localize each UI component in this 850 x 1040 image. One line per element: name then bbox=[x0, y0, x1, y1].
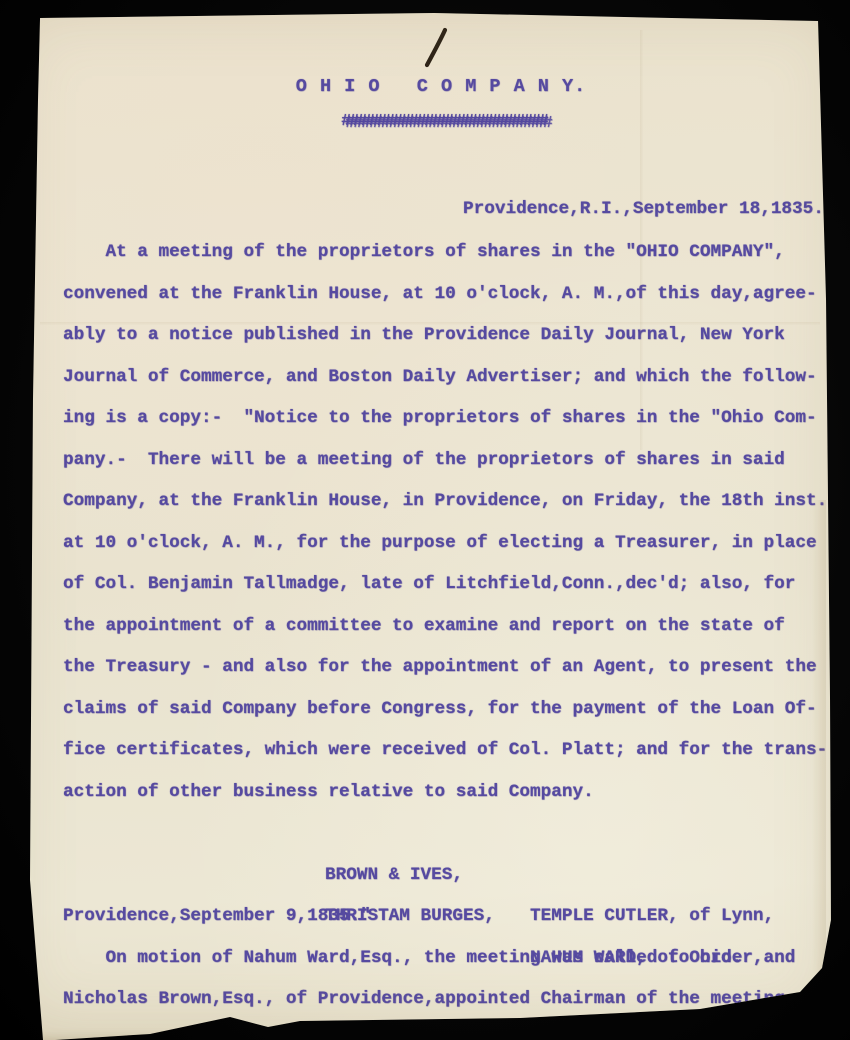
handwritten-page-number-mark bbox=[423, 27, 449, 69]
paper-crease bbox=[40, 322, 820, 325]
signatory-nahum-ward: NAHUM WARD, of Ohio. bbox=[530, 938, 742, 980]
body-line: action of other business relative to sai… bbox=[63, 772, 840, 814]
signatory-temple-cutler: TEMPLE CUTLER, of Lynn, bbox=[530, 896, 774, 938]
scanned-document-photo: { "document": { "page_number_mark": "1",… bbox=[0, 0, 850, 1040]
document-title: O H I O C O M P A N Y. bbox=[16, 76, 850, 97]
ornament-row: ########################## bbox=[23, 116, 850, 129]
body-line: pany.- There will be a meeting of the pr… bbox=[63, 440, 840, 482]
body-line: the Treasury - and also for the appointm… bbox=[63, 647, 840, 689]
paper-crease bbox=[640, 30, 643, 450]
body-text: At a meeting of the proprietors of share… bbox=[63, 232, 840, 813]
body-line: Company, at the Franklin House, in Provi… bbox=[63, 481, 840, 523]
dateline: Providence,R.I.,September 18,1835. bbox=[463, 199, 824, 219]
closing-line: Nicholas Brown,Esq., of Providence,appoi… bbox=[63, 979, 840, 1021]
signatory-thristam-burges: THRISTAM BURGES, bbox=[325, 896, 495, 938]
body-line: claims of said Company before Congress, … bbox=[63, 689, 840, 731]
paper-crease bbox=[812, 500, 826, 980]
body-line: ing is a copy:- "Notice to the proprieto… bbox=[63, 398, 840, 440]
document-page: O H I O C O M P A N Y. #################… bbox=[0, 0, 850, 1040]
body-line: the appointment of a committee to examin… bbox=[63, 606, 840, 648]
signature-and-closing: BROWN & IVES, TEMPLE CUTLER, of Lynn, TH… bbox=[63, 813, 840, 1021]
body-line: fice certificates, which were received o… bbox=[63, 730, 840, 772]
signature-row: THRISTAM BURGES, NAHUM WARD, of Ohio. bbox=[63, 855, 840, 897]
body-line: At a meeting of the proprietors of share… bbox=[63, 232, 840, 274]
ornament-row: ########################## bbox=[19, 114, 850, 127]
typed-ornament-divider: ########################## #############… bbox=[19, 114, 850, 129]
body-line: at 10 o'clock, A. M., for the purpose of… bbox=[63, 523, 840, 565]
signature-row: BROWN & IVES, TEMPLE CUTLER, of Lynn, bbox=[63, 813, 840, 855]
body-line: Journal of Commerce, and Boston Daily Ad… bbox=[63, 357, 840, 399]
body-line: of Col. Benjamin Tallmadge, late of Litc… bbox=[63, 564, 840, 606]
photo-background: O H I O C O M P A N Y. #################… bbox=[0, 0, 850, 1040]
body-line: convened at the Franklin House, at 10 o'… bbox=[63, 274, 840, 316]
